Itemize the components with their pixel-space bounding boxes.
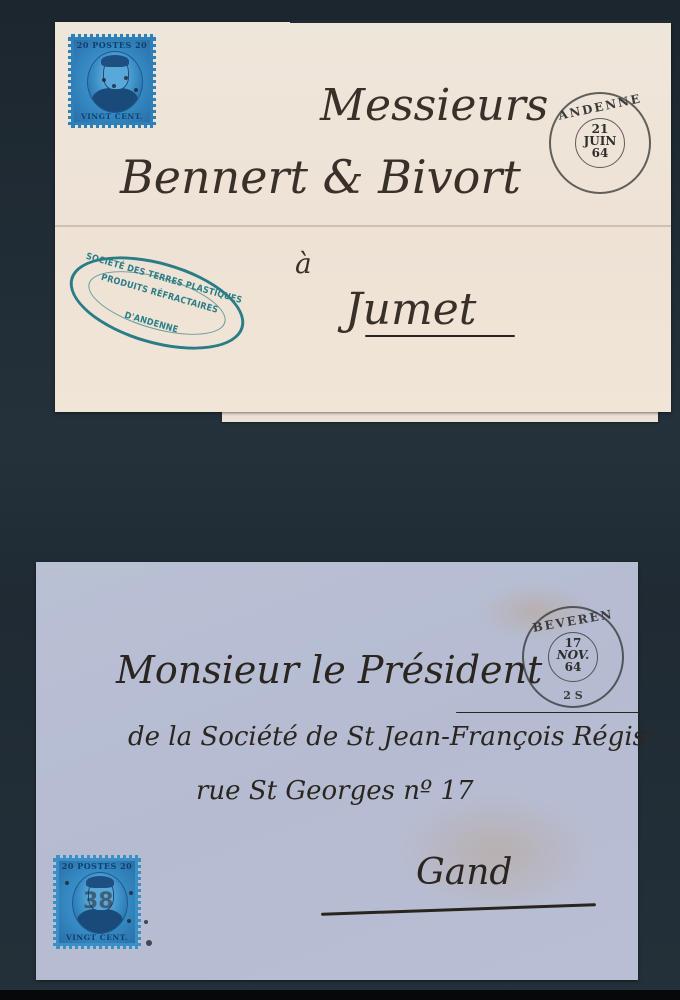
postmark-inner-ring: 21 JUIN 64 bbox=[575, 118, 625, 168]
postmark-inner-ring: 17 NOV. 64 bbox=[548, 632, 598, 682]
address-line-3: rue St Georges nº 17 bbox=[196, 776, 474, 806]
stamp-bottom-label: VINGT CENT. bbox=[74, 112, 150, 121]
cover-andenne: 20 POSTES 20 VINGT CENT. ANDENNE 21 JUIN… bbox=[55, 22, 671, 412]
cancel-dot bbox=[134, 88, 138, 92]
address-flourish bbox=[456, 712, 640, 713]
address-line-1: Monsieur le Président bbox=[116, 648, 542, 692]
numeral-cancel: 38 bbox=[83, 889, 114, 914]
portrait-hair bbox=[86, 876, 114, 888]
address-line-4: Jumet bbox=[345, 284, 476, 335]
bottom-edge bbox=[0, 990, 680, 1000]
portrait-hair bbox=[101, 55, 129, 67]
stamp-bottom-label: VINGT CENT. bbox=[59, 933, 135, 942]
address-line-4: Gand bbox=[416, 852, 512, 893]
address-underline bbox=[365, 335, 515, 337]
postmark-date: 21 JUIN 64 bbox=[576, 123, 624, 159]
stamp-top-label: 20 POSTES 20 bbox=[59, 861, 135, 871]
postmark-date: 17 NOV. 64 bbox=[549, 637, 597, 673]
cancel-dot bbox=[127, 919, 131, 923]
address-line-2: de la Société de St Jean-François Régis bbox=[128, 722, 646, 752]
stamp-top-label: 20 POSTES 20 bbox=[74, 40, 150, 50]
cancel-dot bbox=[146, 940, 152, 946]
cancel-dot bbox=[65, 881, 69, 885]
address-line-3: à bbox=[295, 247, 312, 280]
address-line-2: Bennert & Bivort bbox=[120, 150, 521, 204]
cancel-dot bbox=[112, 84, 116, 88]
postmark-year: 64 bbox=[549, 661, 597, 673]
cover-beveren: BEVEREN 17 NOV. 64 2 S Monsieur le Prési… bbox=[36, 562, 638, 980]
postmark-andenne: ANDENNE 21 JUIN 64 bbox=[549, 92, 651, 194]
stamp-frame: 20 POSTES 20 38 VINGT CENT. bbox=[59, 861, 135, 943]
portrait-coat bbox=[92, 88, 138, 113]
cancel-dot bbox=[102, 78, 106, 82]
cover1-top-edge bbox=[290, 20, 671, 23]
address-line-1: Messieurs bbox=[320, 80, 548, 131]
stamp-frame: 20 POSTES 20 VINGT CENT. bbox=[74, 40, 150, 122]
cancel-dot bbox=[129, 891, 133, 895]
cancel-dot bbox=[144, 920, 148, 924]
cancel-dot bbox=[124, 76, 128, 80]
company-cachet: SOCIÉTÉ DES TERRES PLASTIQUES PRODUITS R… bbox=[59, 239, 255, 367]
stamp-leopold-20c: 20 POSTES 20 38 VINGT CENT. bbox=[53, 855, 141, 949]
postmark-year: 64 bbox=[576, 147, 624, 159]
stamp-leopold-20c: 20 POSTES 20 VINGT CENT. bbox=[68, 34, 156, 128]
stamp-portrait bbox=[87, 51, 143, 113]
cover1-fold-line bbox=[55, 225, 671, 227]
